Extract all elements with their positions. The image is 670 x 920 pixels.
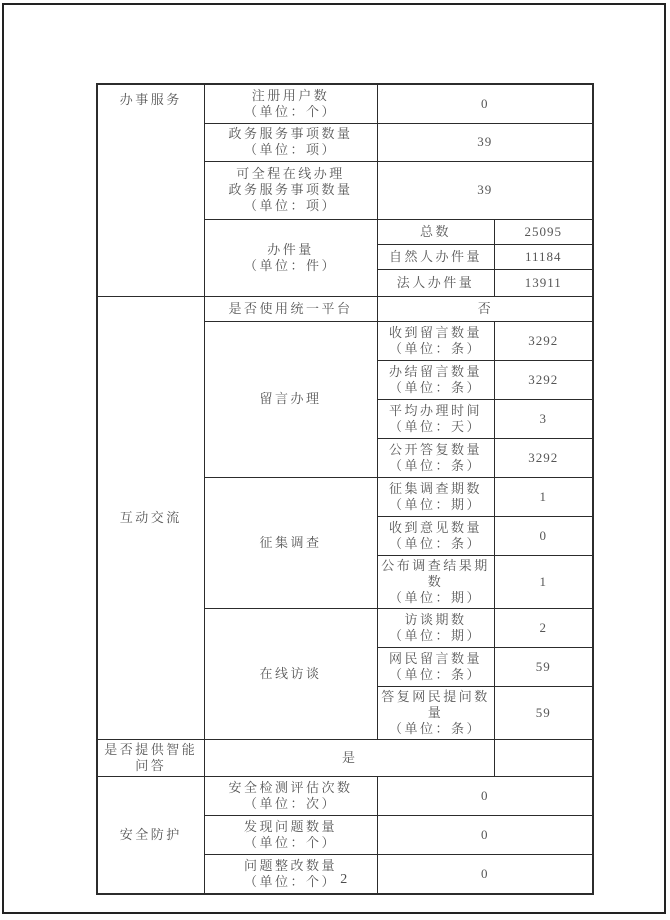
row-label-cell: 安全检测评估次数 （单位：次） — [204, 776, 377, 815]
row-label: 发现问题数量 — [207, 819, 375, 835]
sub-value: 3292 — [494, 321, 593, 360]
group-label-cell-messages: 留言办理 — [204, 321, 377, 477]
sub-unit: （单位：条） — [380, 380, 492, 396]
group-label-cell-cases: 办件量 （单位：件） — [204, 219, 377, 296]
sub-unit: （单位：期） — [380, 590, 492, 606]
row-label-cell: 注册用户数 （单位：个） — [204, 84, 377, 123]
sub-unit: （单位：期） — [380, 628, 492, 644]
group-unit: （单位：件） — [207, 258, 375, 274]
row-label: 是否提供智能问答 — [100, 742, 202, 774]
sub-value: 59 — [494, 647, 593, 686]
row-value: 39 — [377, 161, 593, 219]
row-value: 否 — [377, 296, 593, 321]
sub-label: 收到留言数量 — [380, 325, 492, 341]
sub-value: 11184 — [494, 244, 593, 269]
sub-value: 1 — [494, 555, 593, 608]
sub-unit: （单位：条） — [380, 341, 492, 357]
row-label-cell: 是否提供智能问答 — [97, 739, 204, 776]
sub-value: 3292 — [494, 438, 593, 477]
sub-label-cell: 总数 — [377, 219, 494, 244]
row-value: 0 — [377, 815, 593, 854]
row-label-cell: 发现问题数量 （单位：个） — [204, 815, 377, 854]
sub-label-cell: 自然人办件量 — [377, 244, 494, 269]
sub-unit: （单位：天） — [380, 419, 492, 435]
row-value: 0 — [377, 776, 593, 815]
sub-label-cell: 收到留言数量 （单位：条） — [377, 321, 494, 360]
page-number: 2 — [96, 872, 592, 888]
sub-label: 访谈期数 — [380, 612, 492, 628]
report-page: 办事服务 注册用户数 （单位：个） 0 政务服务事项数量 （单位：项） 39 可… — [0, 0, 670, 920]
row-label: 可全程在线办理 政务服务事项数量 — [207, 166, 375, 198]
table-row: 互动交流 是否使用统一平台 否 — [97, 296, 593, 321]
row-unit: （单位：项） — [207, 142, 375, 158]
sub-label: 办结留言数量 — [380, 364, 492, 380]
sub-label: 答复网民提问数量 — [380, 689, 492, 721]
sub-label-cell: 平均办理时间 （单位：天） — [377, 399, 494, 438]
section-label-interaction: 互动交流 — [100, 510, 202, 526]
table-row: 办事服务 注册用户数 （单位：个） 0 — [97, 84, 593, 123]
table-row: 安全防护 安全检测评估次数 （单位：次） 0 — [97, 776, 593, 815]
sub-unit: （单位：期） — [380, 497, 492, 513]
row-value: 是 — [204, 739, 494, 776]
row-unit: （单位：项） — [207, 198, 375, 214]
sub-label: 总数 — [380, 224, 492, 240]
row-label: 政务服务事项数量 — [207, 126, 375, 142]
sub-label-cell: 征集调查期数 （单位：期） — [377, 477, 494, 516]
sub-value: 13911 — [494, 269, 593, 296]
sub-label-cell: 网民留言数量 （单位：条） — [377, 647, 494, 686]
sub-value: 3 — [494, 399, 593, 438]
row-unit: （单位：个） — [207, 835, 375, 851]
sub-label: 征集调查期数 — [380, 481, 492, 497]
section-label-service: 办事服务 — [100, 92, 202, 108]
group-label: 留言办理 — [207, 391, 375, 407]
sub-value: 25095 — [494, 219, 593, 244]
section-cell-interaction: 互动交流 — [97, 296, 204, 739]
row-label-cell: 是否使用统一平台 — [204, 296, 377, 321]
sub-value: 59 — [494, 686, 593, 739]
row-value: 39 — [377, 123, 593, 161]
sub-label-cell: 公布调查结果期数 （单位：期） — [377, 555, 494, 608]
table-row: 是否提供智能问答 是 — [97, 739, 593, 776]
sub-unit: （单位：条） — [380, 458, 492, 474]
row-unit: （单位：个） — [207, 104, 375, 120]
group-label: 在线访谈 — [207, 666, 375, 682]
group-label: 征集调查 — [207, 535, 375, 551]
sub-unit: （单位：条） — [380, 667, 492, 683]
sub-label-cell: 收到意见数量 （单位：条） — [377, 516, 494, 555]
sub-label: 公开答复数量 — [380, 442, 492, 458]
sub-label: 收到意见数量 — [380, 520, 492, 536]
sub-unit: （单位：条） — [380, 536, 492, 552]
sub-label-cell: 办结留言数量 （单位：条） — [377, 360, 494, 399]
sub-value: 3292 — [494, 360, 593, 399]
section-label-security: 安全防护 — [100, 827, 202, 843]
annual-report-table: 办事服务 注册用户数 （单位：个） 0 政务服务事项数量 （单位：项） 39 可… — [96, 83, 594, 895]
row-value: 0 — [377, 84, 593, 123]
group-label-cell-interviews: 在线访谈 — [204, 608, 377, 739]
sub-value: 0 — [494, 516, 593, 555]
sub-label: 平均办理时间 — [380, 403, 492, 419]
group-label-cell-surveys: 征集调查 — [204, 477, 377, 608]
sub-label-cell: 公开答复数量 （单位：条） — [377, 438, 494, 477]
row-label: 是否使用统一平台 — [207, 301, 375, 317]
row-label: 注册用户数 — [207, 88, 375, 104]
sub-label: 网民留言数量 — [380, 651, 492, 667]
section-cell-service: 办事服务 — [97, 84, 204, 296]
sub-label-cell: 法人办件量 — [377, 269, 494, 296]
group-label: 办件量 — [207, 242, 375, 258]
sub-label: 法人办件量 — [380, 275, 492, 291]
row-label-cell: 政务服务事项数量 （单位：项） — [204, 123, 377, 161]
sub-label: 自然人办件量 — [380, 249, 492, 265]
sub-label: 公布调查结果期数 — [380, 558, 492, 590]
sub-value: 1 — [494, 477, 593, 516]
sub-value: 2 — [494, 608, 593, 647]
sub-label-cell: 答复网民提问数量 （单位：条） — [377, 686, 494, 739]
sub-unit: （单位：条） — [380, 721, 492, 737]
row-label-cell: 可全程在线办理 政务服务事项数量 （单位：项） — [204, 161, 377, 219]
row-unit: （单位：次） — [207, 796, 375, 812]
row-label: 安全检测评估次数 — [207, 780, 375, 796]
sub-label-cell: 访谈期数 （单位：期） — [377, 608, 494, 647]
